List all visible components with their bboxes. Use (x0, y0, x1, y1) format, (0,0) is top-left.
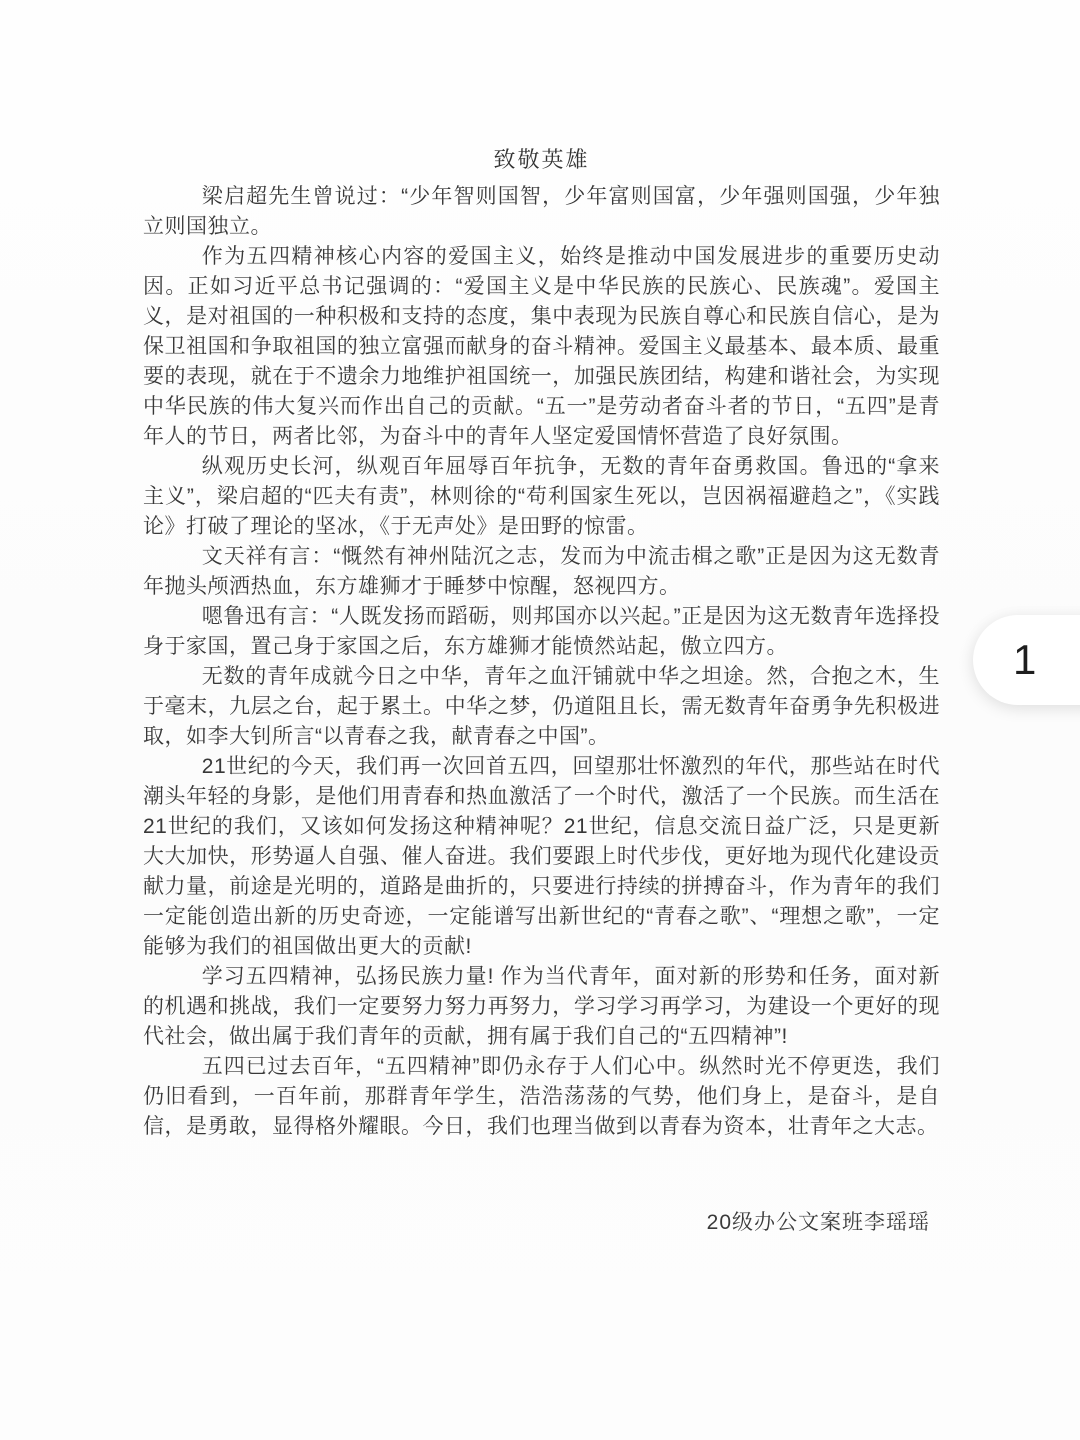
essay-paragraph-4: 文天祥有言：“慨然有神州陆沉之志，发而为中流击楫之歌”正是因为这无数青年抛头颅洒… (143, 542, 940, 602)
essay-paragraph-1: 梁启超先生曾说过：“少年智则国智，少年富则国富，少年强则国强，少年独立则国独立。 (143, 182, 940, 242)
essay-paragraph-3: 纵观历史长河，纵观百年屈辱百年抗争，无数的青年奋勇救国。鲁迅的“拿来主义”，梁启… (143, 452, 940, 542)
page-number-label: 1 (973, 639, 1036, 681)
essay-paragraph-6: 无数的青年成就今日之中华，青年之血汗铺就中华之坦途。然，合抱之木，生于毫末，九层… (143, 662, 940, 752)
essay-paragraph-9: 五四已过去百年，“五四精神”即仍永存于人们心中。纵然时光不停更迭，我们仍旧看到，… (143, 1052, 940, 1142)
essay-paragraph-5: 嗯鲁迅有言：“人既发扬而蹈砺，则邦国亦以兴起。”正是因为这无数青年选择投身于家国… (143, 602, 940, 662)
essay-paragraph-8: 学习五四精神，弘扬民族力量! 作为当代青年，面对新的形势和任务，面对新的机遇和挑… (143, 962, 940, 1052)
author-signature: 20级办公文案班李瑶瑶 (143, 1208, 940, 1238)
essay-paragraph-2: 作为五四精神核心内容的爱国主义，始终是推动中国发展进步的重要历史动因。正如习近平… (143, 242, 940, 452)
essay-paragraph-7: 21世纪的今天，我们再一次回首五四，回望那壮怀激烈的年代，那些站在时代潮头年轻的… (143, 752, 940, 962)
essay-body: 致敬英雄 梁启超先生曾说过：“少年智则国智，少年富则国富，少年强则国强，少年独立… (143, 145, 940, 1238)
essay-title: 致敬英雄 (143, 145, 940, 175)
page-number-badge[interactable]: 1 (973, 615, 1080, 705)
document-page: 致敬英雄 梁启超先生曾说过：“少年智则国智，少年富则国富，少年强则国强，少年独立… (0, 0, 1080, 1440)
